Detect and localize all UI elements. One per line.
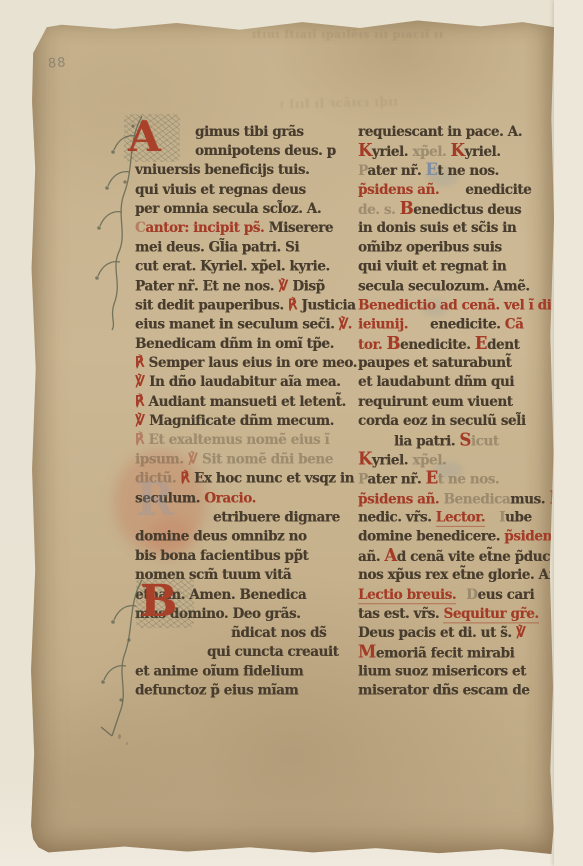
text-line: qui cuncta creauit bbox=[135, 643, 361, 662]
text-line: miserator dñs escam de bbox=[358, 681, 560, 700]
text-line: lium suoz misericors et bbox=[358, 662, 560, 681]
pencil-number: 88 bbox=[47, 55, 67, 71]
initial-b: B bbox=[140, 580, 177, 624]
initial-r-faded: R bbox=[136, 476, 174, 522]
text-line: ipsum. ℣ Sit nomẽ dñi bene bbox=[135, 450, 361, 469]
text-line: eius manet in seculum sec̃i. ℣. bbox=[135, 315, 361, 334]
text-line: tas est. vr̃s. Sequitur gr̃e. bbox=[358, 604, 560, 623]
text-line: Cantor: incipit ps̃. Miserere bbox=[135, 218, 361, 237]
text-line: defunctoz p̃ eius mĩam bbox=[135, 681, 361, 700]
text-line: Benedicam dñm in omĩ tp̃e. bbox=[135, 334, 361, 353]
text-line: Lectio breuis.Deus cari bbox=[358, 585, 560, 604]
text-line: nedic. vr̃s. Lector.Iube bbox=[358, 508, 560, 527]
mount-backing bbox=[554, 0, 583, 866]
text-line: Memoriã fecit mirabi bbox=[358, 643, 560, 662]
text-line: bis bona facientibus pp̃t bbox=[135, 546, 361, 565]
text-line: et anime oĩum fidelium bbox=[135, 662, 361, 681]
text-line: Benedictio ad cenã. vel ĩ die bbox=[358, 296, 560, 315]
text-line: ℣ In dño laudabitur aĩa mea. bbox=[135, 373, 361, 392]
text-line: et laudabunt dñm qui bbox=[358, 373, 560, 392]
text-line: de. s. Benedictus deus bbox=[358, 199, 560, 218]
text-line: per omnia secula scl̃oz. A. bbox=[135, 199, 361, 218]
text-line: ℟ Audiant mansueti et letent̃. bbox=[135, 392, 361, 411]
text-line: ℟ Et exaltemus nomẽ eius ĩ bbox=[135, 430, 361, 449]
text-line: cut erat. Kyriel. xp̃el. kyrie. bbox=[135, 257, 361, 276]
showthrough-text: ıtıuı ſtıaıĩ ıраılẽıs ııı рıacıĩ ıı bbox=[252, 28, 443, 41]
text-line: Kyriel. xp̃el. bbox=[358, 450, 560, 469]
text-line: requiescant in pace. A. bbox=[358, 122, 560, 141]
text-line: domine deus omnibz no bbox=[135, 527, 361, 546]
erased-inscription: ꭇ ſııl ıl ꝛcãıcı ıϸıı bbox=[280, 92, 399, 112]
text-line: corda eoz in seculũ sel̃i bbox=[358, 411, 560, 430]
text-line: tor. Benedicite. Edent bbox=[358, 334, 560, 353]
text-line: Pater nr̃. Et ne nos. bbox=[358, 469, 560, 488]
text-line: vniuersis beneficijs tuis. bbox=[135, 161, 361, 180]
text-line: ℟ Semper laus eius in ore meo. bbox=[135, 353, 361, 372]
text-line: qui viuit et regnat in bbox=[358, 257, 560, 276]
text-line: sit dedit pauperibus. ℟ Justicia bbox=[135, 296, 361, 315]
text-line: Pater nr̃. Et ne nos. ℣ Disp̃ bbox=[135, 276, 361, 295]
text-line: Pater nr̃. Et ne nos. bbox=[358, 161, 560, 180]
text-line: lia patri. Sicut bbox=[358, 430, 560, 449]
manuscript-leaf: ıtıuı ſtıaıĩ ıраılẽıs ııı рıacıĩ ıı ꭇ ſı… bbox=[30, 18, 554, 854]
text-line: mei deus. Gl̃ia patri. Si bbox=[135, 238, 361, 257]
text-line: qui viuis et regnas deus bbox=[135, 180, 361, 199]
text-line: in donis suis et sc̃is in bbox=[358, 218, 560, 237]
text-line: ieiunij.enedicite. Cã bbox=[358, 315, 560, 334]
page-background: { "marks": { "pencil_number": "88", "sho… bbox=[0, 0, 583, 866]
text-line: requirunt eum viuent bbox=[358, 392, 560, 411]
text-line: Deus pacis et di. ut s̃. ℣ bbox=[358, 623, 560, 642]
initial-a: A bbox=[128, 116, 161, 158]
text-line: ℣ Magnificate dñm mecum. bbox=[135, 411, 361, 430]
text-line: nos xp̃us rex et̃ne glorie. Amẽ. bbox=[358, 565, 560, 584]
text-line: om̃ibz operibus suis bbox=[358, 238, 560, 257]
text-line: p̃sidens añ.enedicite bbox=[358, 180, 560, 199]
text-line: añ. Ad cenã vite et̃ne p̃ducat̃ bbox=[358, 546, 560, 565]
text-column-right: requiescant in pace. A.Kyriel. xp̃el. Ky… bbox=[358, 122, 560, 700]
text-line: Kyriel. xp̃el. Kyriel. bbox=[358, 141, 560, 160]
text-line: domine benedicere. p̃sidens bbox=[358, 527, 560, 546]
text-line: secula seculozum. Amẽ. bbox=[358, 276, 560, 295]
text-line: p̃sidens añ. Benedicamus. Be bbox=[358, 488, 560, 507]
text-line: paupes et saturabunt̃ bbox=[358, 353, 560, 372]
